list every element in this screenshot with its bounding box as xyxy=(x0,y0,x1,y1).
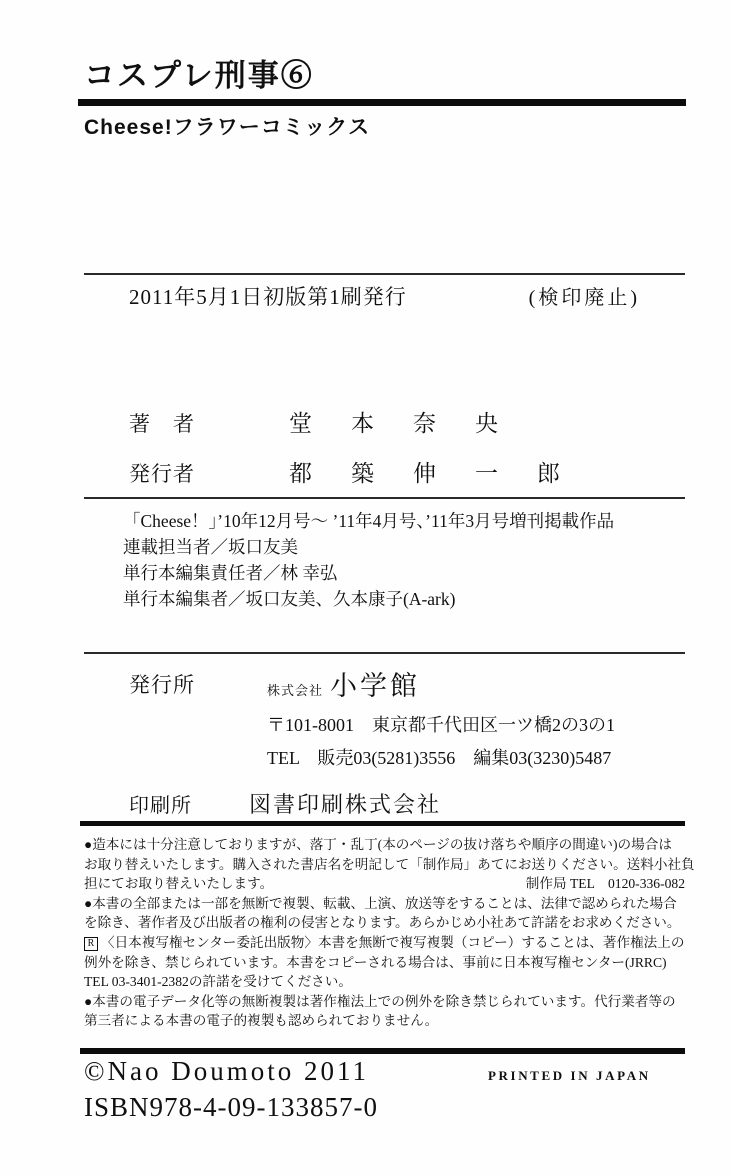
issuer-row: 発行者 都 築 伸 一 郎 xyxy=(129,455,568,488)
stamp-note: (検印廃止) xyxy=(529,281,640,310)
issuer-label: 発行者 xyxy=(129,458,289,488)
digital-copy-notice-line2: 第三者による本書の電子的複製も認められておりません。 xyxy=(84,1011,685,1031)
volume-chief-editor: 単行本編集責任者／林 幸弘 xyxy=(123,560,614,586)
defect-notice-line1: ●造本には十分注意しておりますが、落丁・乱丁(本のページの抜け落ちや順序の間違い… xyxy=(84,835,685,855)
author-label: 著 者 xyxy=(129,408,289,438)
jrrc-notice-line2: 例外を除き、禁じられています。本書をコピーされる場合は、事前に日本複写権センター… xyxy=(84,953,685,973)
publisher-company-prefix: 株式会社 xyxy=(267,683,323,698)
printer-name: 図書印刷株式会社 xyxy=(249,788,441,819)
defect-notice-line3-left: 担にてお取り替えいたします。 xyxy=(84,874,273,894)
serialization-source: 「Cheese！」’10年12月号～ ’11年4月号、’11年3月号増刊掲載作品 xyxy=(123,508,614,534)
defect-notice-line3: 担にてお取り替えいたします。 制作局 TEL 0120-336-082 xyxy=(84,874,685,894)
issuer-name: 都 築 伸 一 郎 xyxy=(289,455,568,488)
publisher-phone: TEL 販売03(5281)3556 編集03(3230)5487 xyxy=(267,744,615,770)
footer-top-rule xyxy=(80,1048,685,1054)
imprint-series-label: Cheese!フラワーコミックス xyxy=(84,111,370,141)
copyright-line: ©Nao Doumoto 2011 xyxy=(84,1056,369,1087)
credits-bottom-rule xyxy=(84,497,685,499)
publisher-details: 株式会社小学館 〒101-8001 東京都千代田区一ツ橋2の3の1 TEL 販売… xyxy=(267,664,615,770)
defect-notice-line2: お取り替えいたします。購入された書店名を明記して「制作局」あてにお送りください。… xyxy=(84,855,685,875)
author-name: 堂 本 奈 央 xyxy=(289,405,506,438)
author-row: 著 者 堂 本 奈 央 xyxy=(129,405,568,438)
production-dept-phone: 制作局 TEL 0120-336-082 xyxy=(526,874,685,894)
publisher-company-line: 株式会社小学館 xyxy=(267,664,615,703)
publisher-address: 〒101-8001 東京都千代田区一ツ橋2の3の1 xyxy=(267,711,615,737)
publisher-top-rule xyxy=(84,652,685,654)
copyright-notice-line1: ●本書の全部または一部を無断で複製、転載、上演、放送等をすることは、法律で認めら… xyxy=(84,894,685,914)
digital-copy-notice-line1: ●本書の電子データ化等の無断複製は著作権法上での例外を除き禁じられています。代行… xyxy=(84,992,685,1012)
printed-in-japan-label: PRINTED IN JAPAN xyxy=(488,1068,651,1084)
serialization-block: 「Cheese！」’10年12月号～ ’11年4月号、’11年3月号増刊掲載作品… xyxy=(123,508,614,612)
publisher-company-name: 小学館 xyxy=(330,671,420,701)
title-divider-rule xyxy=(78,99,686,106)
jrrc-notice-line3: TEL 03-3401-2382の許諾を受けてください。 xyxy=(84,972,685,992)
edition-top-rule xyxy=(84,273,685,275)
printer-block: 印刷所 図書印刷株式会社 xyxy=(129,788,441,819)
publisher-block: 発行所 株式会社小学館 〒101-8001 東京都千代田区一ツ橋2の3の1 TE… xyxy=(129,664,615,770)
jrrc-notice-line1: R〈日本複写権センター委託出版物〉本書を無断で複写複製（コピー）することは、著作… xyxy=(84,933,685,953)
edition-date: 2011年5月1日初版第1刷発行 xyxy=(129,281,407,311)
printer-label: 印刷所 xyxy=(129,789,249,818)
jrrc-notice-line1-text: 〈日本複写権センター委託出版物〉本書を無断で複写複製（コピー）することは、著作権… xyxy=(101,935,684,950)
legal-notice-block: ●造本には十分注意しておりますが、落丁・乱丁(本のページの抜け落ちや順序の間違い… xyxy=(84,835,685,1031)
boxed-r-icon: R xyxy=(84,937,98,951)
publisher-label: 発行所 xyxy=(129,664,267,699)
edition-row: 2011年5月1日初版第1刷発行 (検印廃止) xyxy=(129,281,640,311)
isbn-number: ISBN978-4-09-133857-0 xyxy=(84,1092,378,1123)
notice-top-rule xyxy=(80,821,685,826)
copyright-notice-line2: を除き、著作者及び出版者の権利の侵害となります。あらかじめ小社あて許諾をお求めく… xyxy=(84,913,685,933)
credits-block: 著 者 堂 本 奈 央 発行者 都 築 伸 一 郎 xyxy=(129,405,568,505)
serialization-editor: 連載担当者／坂口友美 xyxy=(123,534,614,560)
colophon-page: コスプレ刑事⑥ Cheese!フラワーコミックス 2011年5月1日初版第1刷発… xyxy=(0,0,730,1176)
volume-editors: 単行本編集者／坂口友美、久本康子(A-ark) xyxy=(123,586,614,612)
book-title: コスプレ刑事⑥ xyxy=(84,50,314,95)
